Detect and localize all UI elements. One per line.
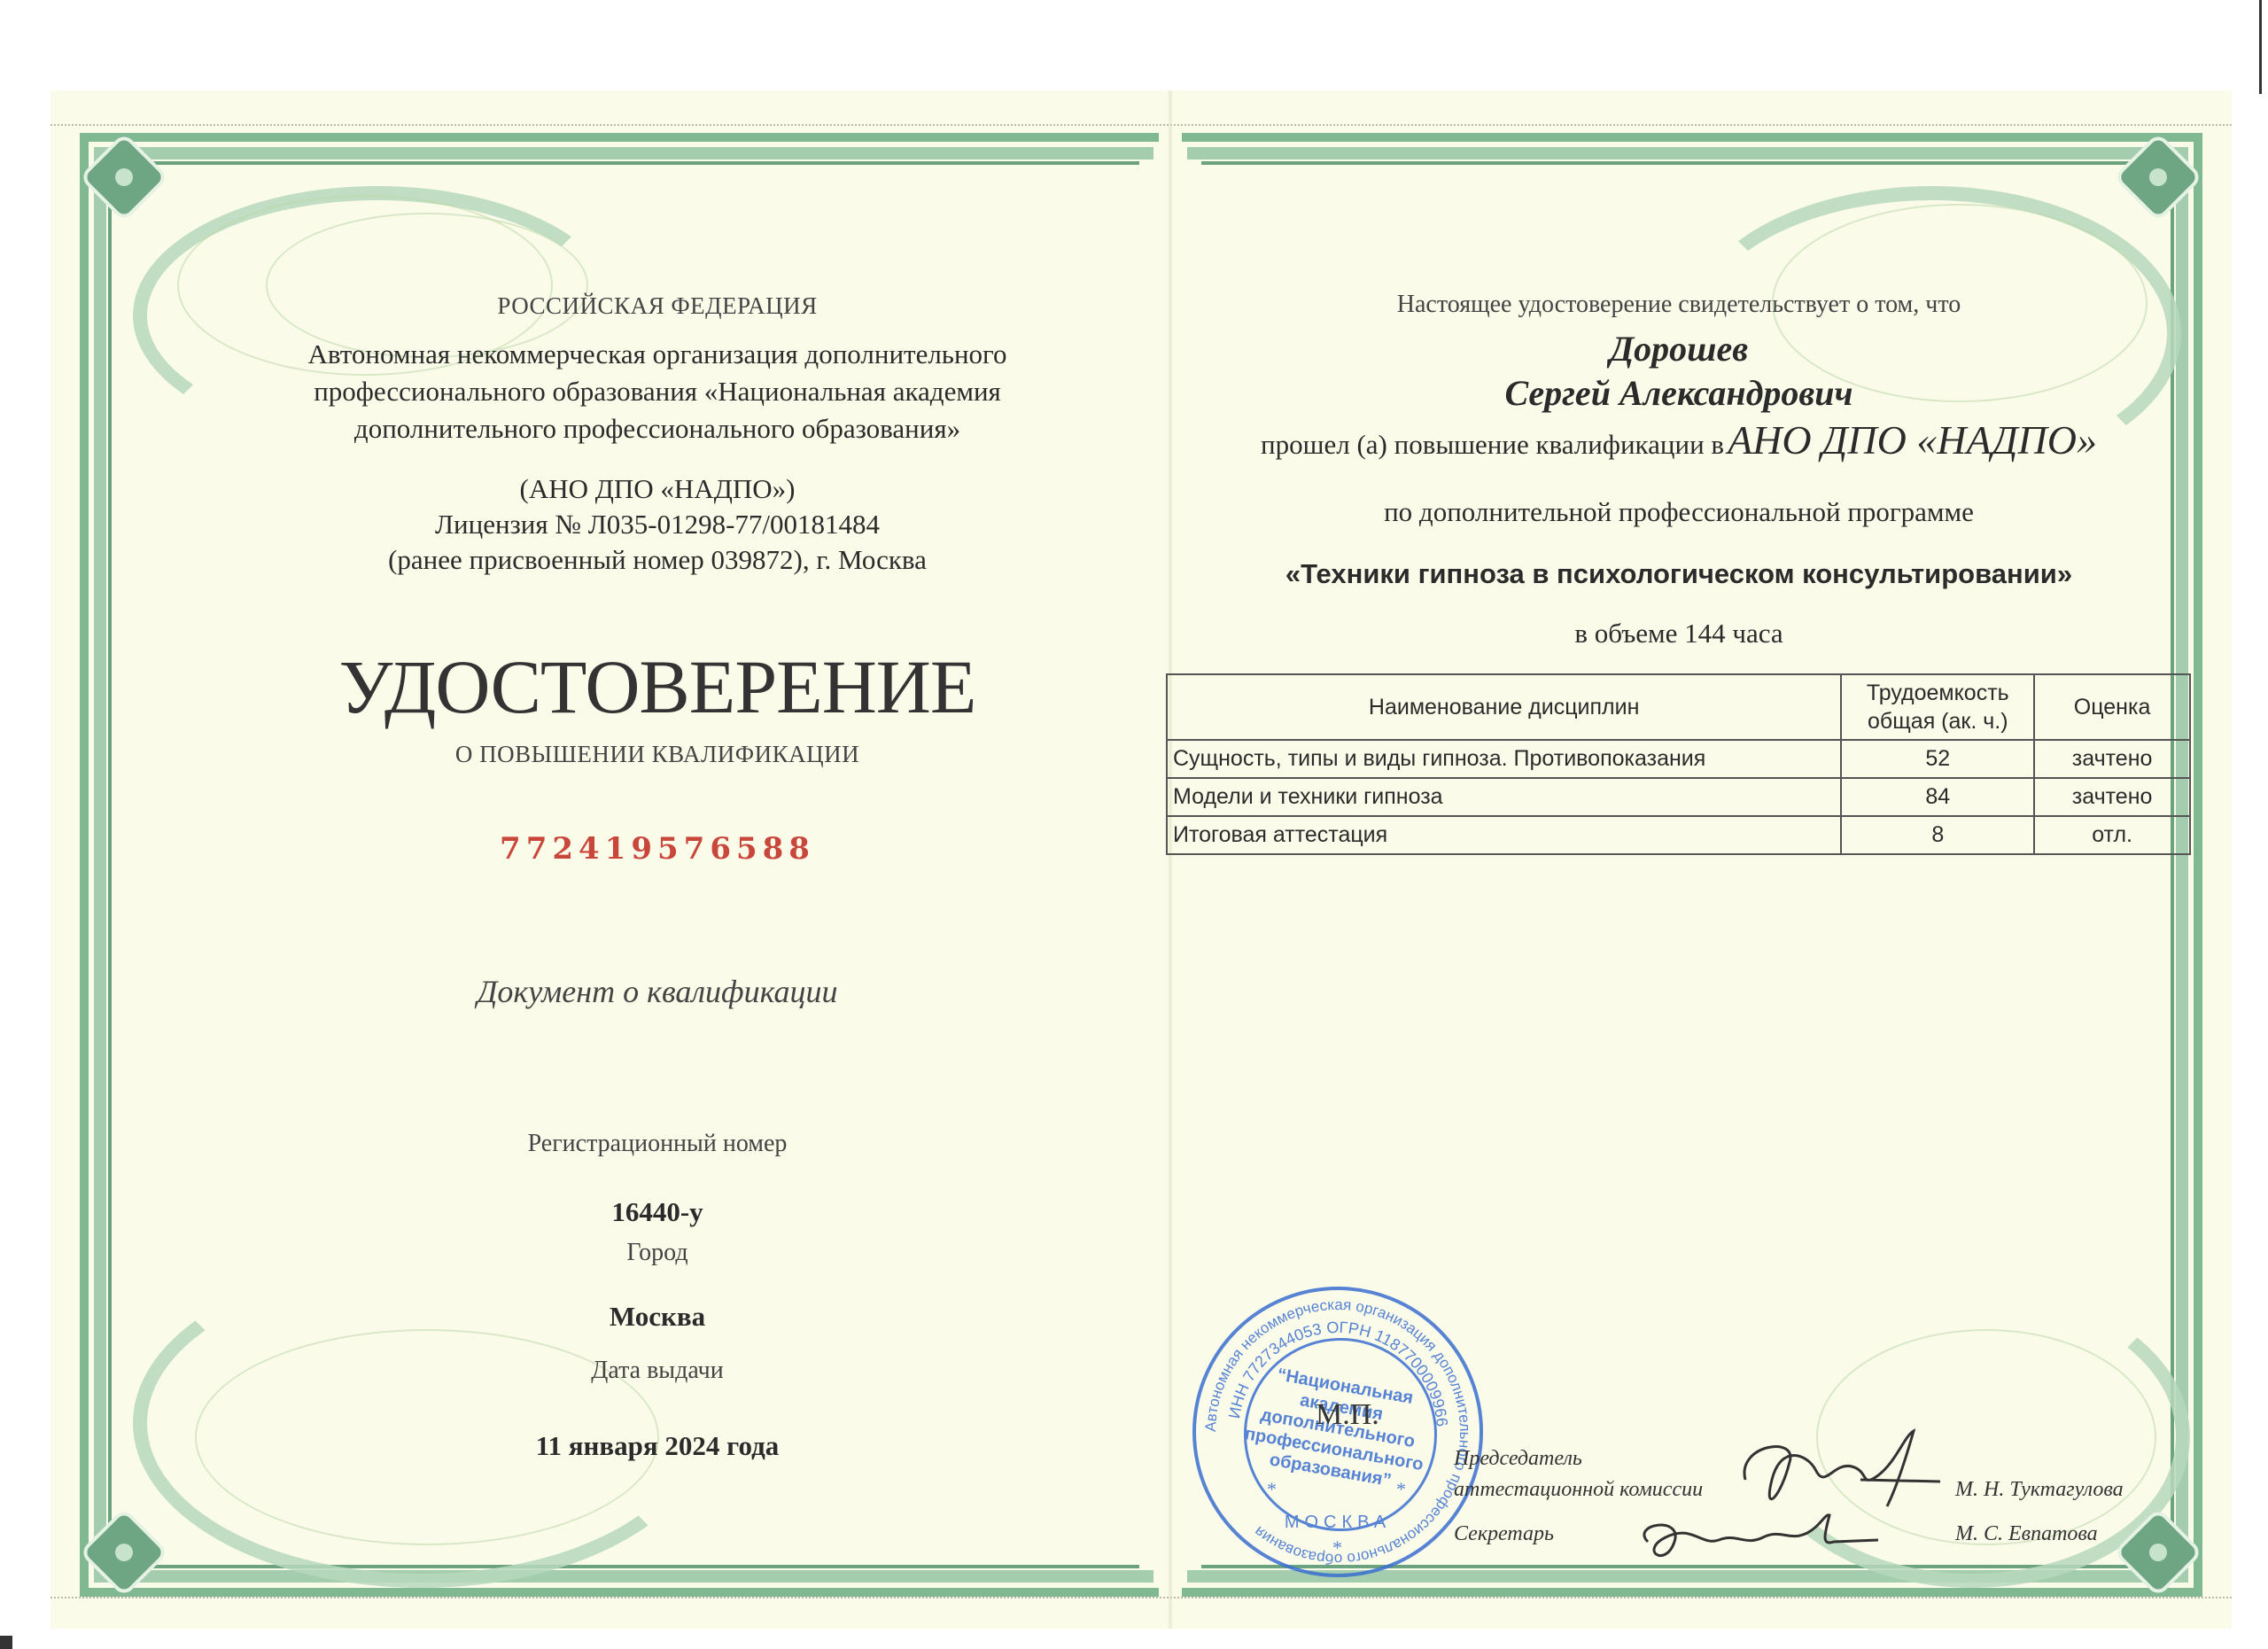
country-heading: РОССИЙСКАЯ ФЕДЕРАЦИЯ: [497, 292, 817, 320]
holder-surname: Дорошев: [1610, 328, 1748, 369]
table-row: Сущность, типы и виды гипноза. Противопо…: [1167, 740, 2190, 778]
table-header-row: Наименование дисциплин Трудоемкость обща…: [1167, 674, 2190, 740]
secretary-signature-icon: [1630, 1506, 1896, 1568]
table-row: Итоговая аттестация 8 отл.: [1167, 816, 2190, 854]
holder-given-names: Сергей Александрович: [1504, 372, 1852, 414]
discipline-name: Модели и техники гипноза: [1167, 778, 1841, 816]
org-line: дополнительного профессионального образо…: [354, 413, 960, 445]
chairman-name: М. Н. Туктагулова: [1955, 1478, 2124, 1502]
page-fold: [1168, 90, 1173, 1629]
completion-statement: прошел (а) повышение квалификации в АНО …: [1261, 416, 2097, 463]
document-title: УДОСТОВЕРЕНИЕ: [339, 642, 976, 731]
discipline-hours: 84: [1841, 778, 2034, 816]
city-value: Москва: [610, 1301, 705, 1333]
org-short-name: (АНО ДПО «НАДПО»): [520, 473, 796, 505]
secretary-name: М. С. Евпатова: [1955, 1522, 2098, 1546]
program-title: «Техники гипноза в психологическом консу…: [1285, 558, 2072, 590]
registration-number: 16440-у: [611, 1196, 703, 1228]
seal-star-icon: *: [1332, 1536, 1342, 1559]
discipline-grade: зачтено: [2034, 740, 2190, 778]
header-discipline: Наименование дисциплин: [1167, 674, 1841, 740]
issue-date-label: Дата выдачи: [591, 1357, 723, 1385]
perforation-top: [50, 124, 2232, 126]
program-intro: по дополнительной профессиональной прогр…: [1384, 496, 1974, 528]
discipline-grade: зачтено: [2034, 778, 2190, 816]
perforation-bottom: [50, 1597, 2232, 1598]
scan-corner-mark: [0, 1636, 12, 1649]
organization-seal: Автономная некоммерческая организация до…: [1192, 1287, 1483, 1577]
guilloche-pattern-icon: [266, 213, 588, 358]
disciplines-table: Наименование дисциплин Трудоемкость обща…: [1166, 673, 2191, 855]
chairman-label-2: аттестационной комиссии: [1454, 1478, 1703, 1502]
issue-date: 11 января 2024 года: [536, 1430, 780, 1462]
header-hours: Трудоемкость общая (ак. ч.): [1841, 674, 2034, 740]
serial-number: 772419576588: [500, 831, 815, 867]
table-row: Модели и техники гипноза 84 зачтено: [1167, 778, 2190, 816]
document-type: Документ о квалификации: [477, 973, 837, 1010]
org-line: профессионального образования «Националь…: [314, 376, 1001, 408]
discipline-hours: 52: [1841, 740, 2034, 778]
certifies-intro: Настоящее удостоверение свидетельствует …: [1397, 291, 1961, 319]
license-previous: (ранее присвоенный номер 039872), г. Мос…: [388, 544, 927, 576]
discipline-name: Сущность, типы и виды гипноза. Противопо…: [1167, 740, 1841, 778]
header-grade: Оценка: [2034, 674, 2190, 740]
stamp-place-label: М.П.: [1316, 1398, 1379, 1432]
org-line: Автономная некоммерческая организация до…: [308, 338, 1007, 370]
scan-edge-line: [2259, 0, 2262, 94]
discipline-grade: отл.: [2034, 816, 2190, 854]
training-organization: АНО ДПО «НАДПО»: [1728, 417, 2097, 463]
city-label: Город: [626, 1239, 687, 1267]
chairman-label: Председатель: [1454, 1447, 1582, 1471]
secretary-label: Секретарь: [1454, 1522, 1554, 1546]
document-subtitle: О ПОВЫШЕНИИ КВАЛИФИКАЦИИ: [455, 741, 859, 768]
discipline-name: Итоговая аттестация: [1167, 816, 1841, 854]
completion-text: прошел (а) повышение квалификации в: [1261, 429, 1724, 460]
registration-label: Регистрационный номер: [528, 1130, 788, 1158]
discipline-hours: 8: [1841, 816, 2034, 854]
license-number: Лицензия № Л035-01298-77/00181484: [435, 509, 880, 541]
program-volume: в объеме 144 часа: [1574, 618, 1783, 649]
